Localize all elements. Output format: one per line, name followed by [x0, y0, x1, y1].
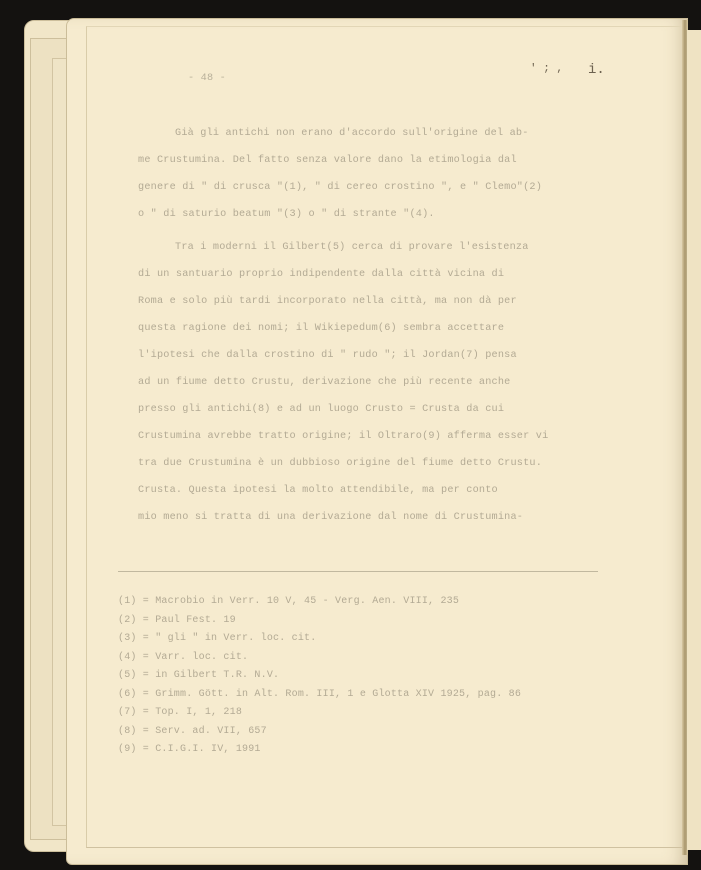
body-line: mio meno si tratta di una derivazione da…	[138, 512, 523, 523]
body-line: me Crustumina. Del fatto senza valore da…	[138, 155, 517, 166]
body-line: genere di " di crusca "(1), " di cereo c…	[138, 182, 542, 193]
body-line: l'ipotesi che dalla crostino di " rudo "…	[138, 350, 517, 361]
body-line: tra due Crustumina è un dubbioso origine…	[138, 458, 542, 469]
body-line: presso gli antichi(8) e ad un luogo Crus…	[138, 404, 504, 415]
footnote: (6) = Grimm. Gött. in Alt. Rom. III, 1 e…	[118, 689, 521, 700]
body-line: di un santuario proprio indipendente dal…	[138, 269, 504, 280]
footnote: (8) = Serv. ad. VII, 657	[118, 726, 267, 737]
footnote: (5) = in Gilbert T.R. N.V.	[118, 670, 279, 681]
body-line: questa ragione dei nomi; il Wikiepedum(6…	[138, 323, 504, 334]
footnote: (1) = Macrobio in Verr. 10 V, 45 - Verg.…	[118, 596, 459, 607]
body-line: Crusta. Questa ipotesi la molto attendib…	[138, 485, 498, 496]
footnote: (7) = Top. I, 1, 218	[118, 707, 242, 718]
body-line: o " di saturio beatum "(3) o " di strant…	[138, 209, 435, 220]
page-number: - 48 -	[188, 73, 226, 84]
footnote: (9) = C.I.G.I. IV, 1991	[118, 744, 261, 755]
body-line: Roma e solo più tardi incorporato nella …	[138, 296, 517, 307]
ink-mark: i.	[588, 62, 605, 78]
footnote: (2) = Paul Fest. 19	[118, 615, 236, 626]
ink-mark: ' ; ,	[530, 63, 563, 75]
facing-page-edge	[686, 30, 701, 850]
body-line: Già gli antichi non erano d'accordo sull…	[175, 128, 529, 139]
footnote: (3) = " gli " in Verr. loc. cit.	[118, 633, 316, 644]
footnote-separator	[118, 571, 598, 572]
body-line: Tra i moderni il Gilbert(5) cerca di pro…	[175, 242, 529, 253]
body-line: ad un fiume detto Crustu, derivazione ch…	[138, 377, 511, 388]
body-line: Crustumina avrebbe tratto origine; il Ol…	[138, 431, 548, 442]
footnote: (4) = Varr. loc. cit.	[118, 652, 248, 663]
